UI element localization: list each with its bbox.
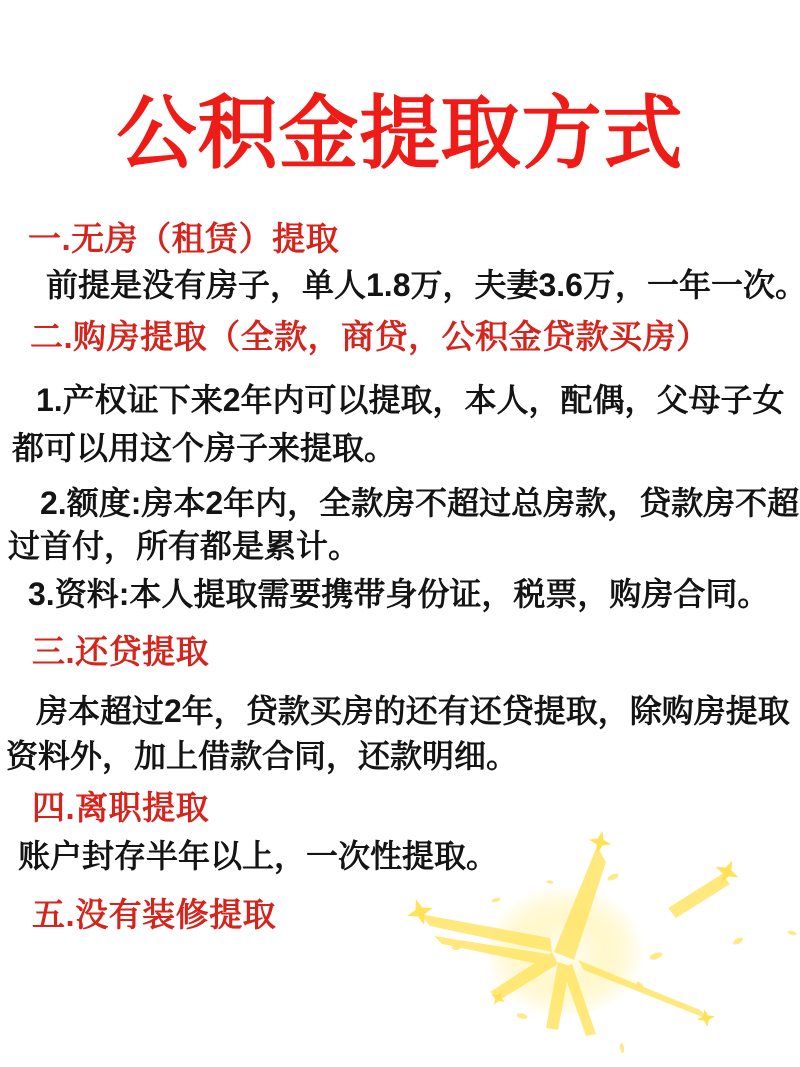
- section-2-heading: 二.购房提取（全款，商贷，公积金贷款买房）: [30, 319, 710, 356]
- section-2-line-1: 1.产权证下来2年内可以提取，本人，配偶，父母子女: [36, 383, 785, 419]
- poster-page: 公积金提取方式 一.无房（租赁）提取 前提是没有房子，单人1.8万，夫妻3.6万…: [0, 0, 800, 1067]
- section-2-line-3: 2.额度:房本2年内，全款房不超过总房款，贷款房不超: [40, 486, 799, 522]
- page-title: 公积金提取方式: [0, 90, 800, 178]
- section-4-line-1: 账户封存半年以上，一次性提取。: [18, 839, 498, 875]
- section-2-line-5: 3.资料:本人提取需要携带身份证，税票，购房合同。: [28, 577, 769, 613]
- section-3-line-2: 资料外，加上借款合同，还款明细。: [6, 739, 518, 775]
- section-3-heading: 三.还贷提取: [32, 634, 209, 671]
- section-1-heading: 一.无房（租赁）提取: [28, 221, 339, 258]
- section-4-heading: 四.离职提取: [32, 790, 209, 827]
- section-2-line-2: 都可以用这个房子来提取。: [12, 431, 396, 467]
- section-5-heading: 五.没有装修提取: [32, 897, 276, 934]
- section-2-line-4: 过首付，所有都是累计。: [8, 529, 360, 565]
- section-3-line-1: 房本超过2年，贷款买房的还有还贷提取，除购房提取: [36, 694, 790, 730]
- section-1-line-1: 前提是没有房子，单人1.8万，夫妻3.6万，一年一次。: [46, 268, 800, 304]
